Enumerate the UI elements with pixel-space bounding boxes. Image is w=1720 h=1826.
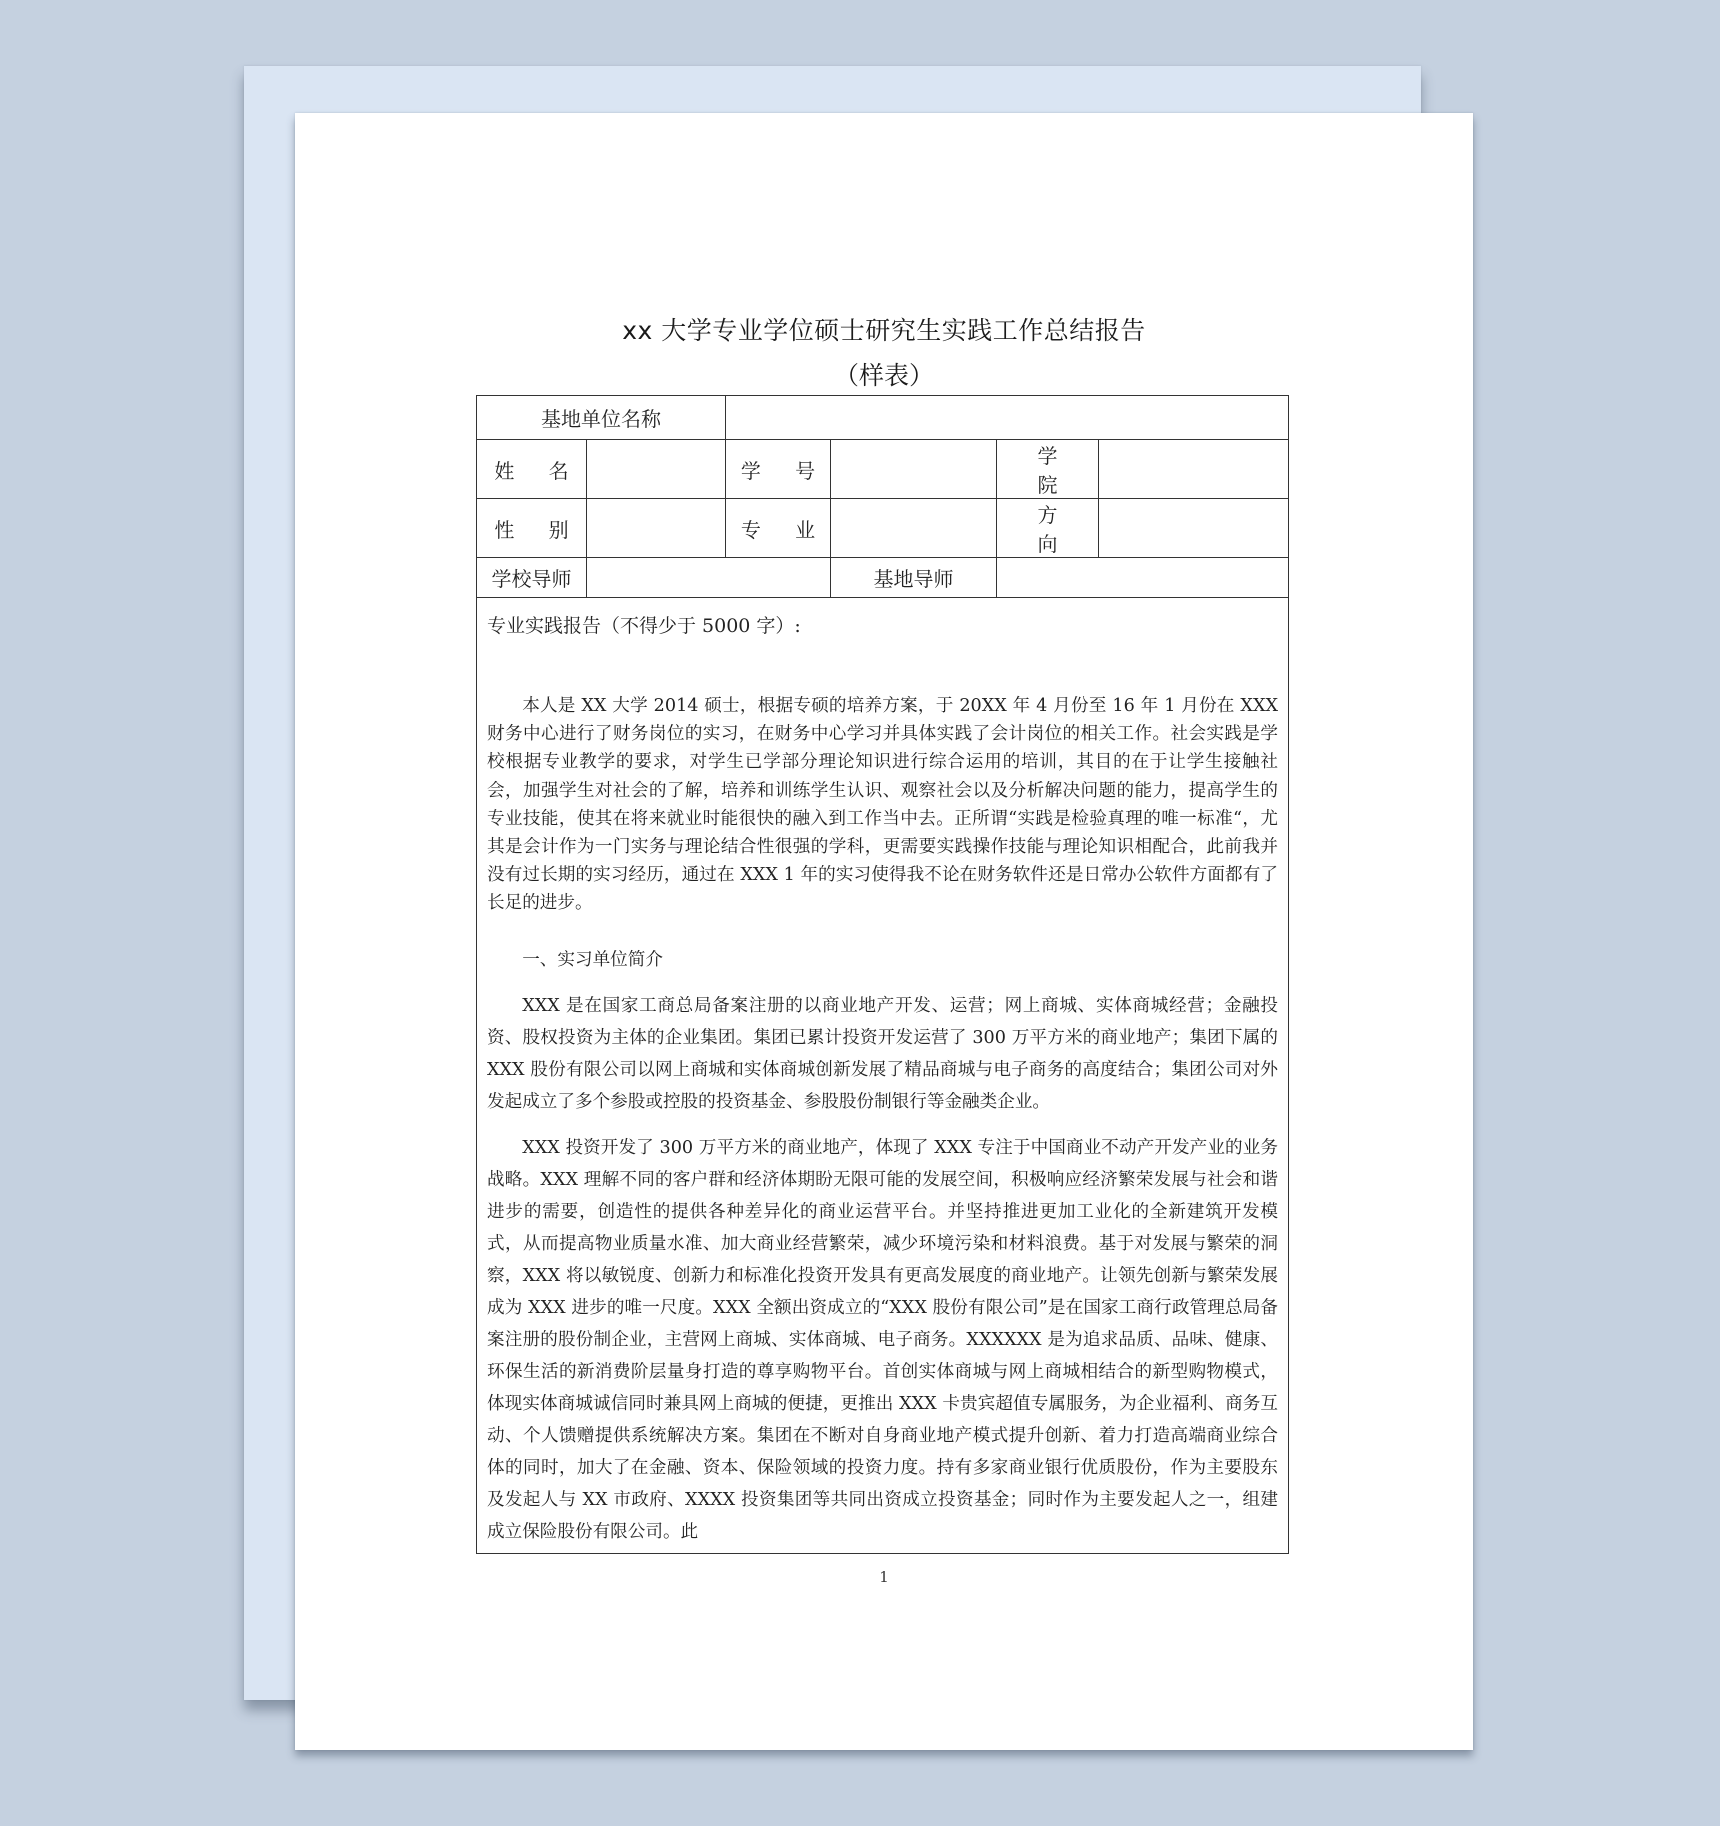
gender-label: 性 别	[477, 499, 587, 558]
report-body-content: 专业实践报告（不得少于 5000 字）: 本人是 XX 大学 2014 硕士，根…	[487, 598, 1278, 1553]
report-body-cell[interactable]: 专业实践报告（不得少于 5000 字）: 本人是 XX 大学 2014 硕士，根…	[477, 598, 1289, 1554]
report-paragraph-investment: XXX 投资开发了 300 万平方米的商业地产，体现了 XXX 专注于中国商业不…	[487, 1132, 1278, 1548]
major-field[interactable]	[831, 499, 997, 558]
base-advisor-label: 基地导师	[831, 558, 997, 598]
college-field[interactable]	[1099, 440, 1289, 499]
base-unit-name-field[interactable]	[726, 396, 1289, 440]
section-heading-unit-intro: 一、实习单位简介	[487, 946, 1278, 974]
school-advisor-field[interactable]	[587, 558, 831, 598]
form-row-gender: 性 别 专 业 方 向	[477, 499, 1289, 558]
document-subtitle: （样表）	[295, 356, 1473, 392]
direction-field[interactable]	[1099, 499, 1289, 558]
document-page: xx 大学专业学位硕士研究生实践工作总结报告 （样表） 基地单位名称 姓 名 学…	[295, 113, 1473, 1750]
base-advisor-field[interactable]	[997, 558, 1289, 598]
report-paragraph-intro: 本人是 XX 大学 2014 硕士，根据专硕的培养方案，于 20XX 年 4 月…	[487, 692, 1278, 918]
name-field[interactable]	[587, 440, 726, 499]
report-form-table: 基地单位名称 姓 名 学 号 学 院 性 别 专 业 方 向 学校导师 基地导师	[476, 395, 1289, 1554]
direction-label: 方 向	[997, 499, 1099, 558]
major-label: 专 业	[726, 499, 831, 558]
college-label: 学 院	[997, 440, 1099, 499]
page-number: 1	[295, 1568, 1473, 1586]
form-row-base-unit: 基地单位名称	[477, 396, 1289, 440]
student-id-field[interactable]	[831, 440, 997, 499]
report-requirement-label: 专业实践报告（不得少于 5000 字）:	[487, 612, 1278, 640]
document-title: xx 大学专业学位硕士研究生实践工作总结报告	[295, 311, 1473, 347]
base-unit-name-label: 基地单位名称	[477, 396, 726, 440]
report-paragraph-company: XXX 是在国家工商总局备案注册的以商业地产开发、运营；网上商城、实体商城经营；…	[487, 990, 1278, 1118]
form-row-report-body: 专业实践报告（不得少于 5000 字）: 本人是 XX 大学 2014 硕士，根…	[477, 598, 1289, 1554]
gender-field[interactable]	[587, 499, 726, 558]
school-advisor-label: 学校导师	[477, 558, 587, 598]
form-row-advisors: 学校导师 基地导师	[477, 558, 1289, 598]
name-label: 姓 名	[477, 440, 587, 499]
form-row-name: 姓 名 学 号 学 院	[477, 440, 1289, 499]
student-id-label: 学 号	[726, 440, 831, 499]
